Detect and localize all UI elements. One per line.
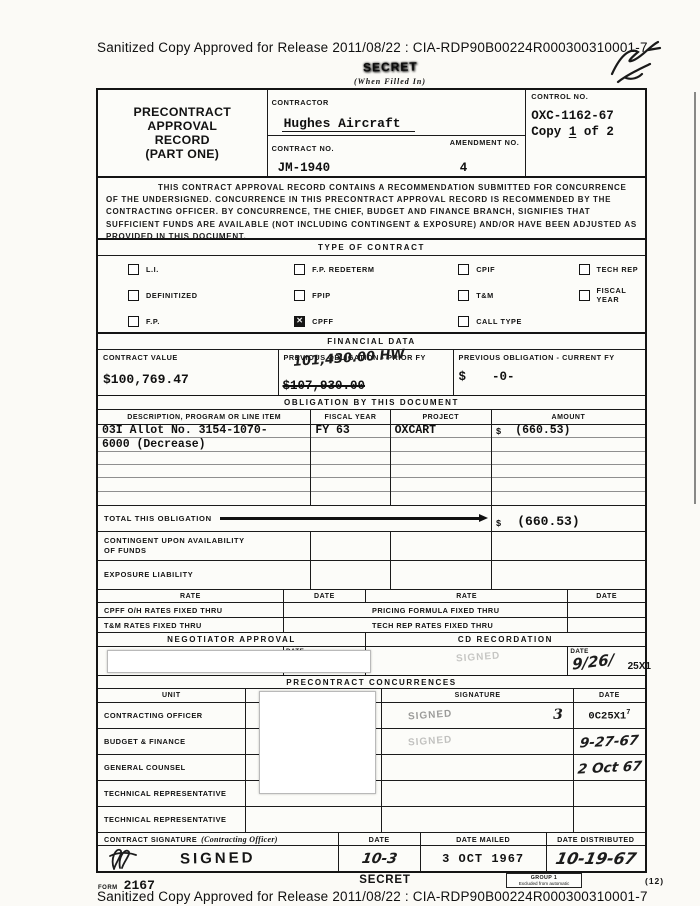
copy-line: Copy 1 of 2 bbox=[531, 125, 640, 139]
redaction-box bbox=[107, 650, 371, 673]
contract-no-label: CONTRACT NO. bbox=[272, 144, 335, 153]
unit-label: BUDGET & FINANCE bbox=[98, 729, 246, 754]
date-value: 9-27-67 bbox=[579, 732, 640, 751]
unit-label: TECHNICAL REPRESENTATIVE bbox=[98, 781, 246, 806]
amendment-no-label: AMENDMENT NO. bbox=[450, 138, 520, 147]
table-row: 6000 (Decrease) bbox=[98, 438, 310, 451]
checkbox-tm: T&M bbox=[426, 282, 546, 308]
rates-row-1: CPFF O/H RATES FIXED THRU PRICING FORMUL… bbox=[98, 603, 645, 618]
date-header: DATE bbox=[568, 590, 645, 602]
contracting-officer-label: (Contracting Officer) bbox=[201, 835, 278, 844]
classification-stamp: SECRET (When Filled In) bbox=[300, 58, 480, 86]
checkbox-empty-cell bbox=[547, 308, 645, 334]
control-no-label: CONTROL NO. bbox=[531, 92, 640, 101]
financial-data-title: FINANCIAL DATA bbox=[98, 334, 645, 350]
checkbox-icon bbox=[579, 290, 590, 301]
checkbox-icon bbox=[128, 316, 139, 327]
date-distributed-cell: DATE DISTRIBUTED 10-19-67 bbox=[547, 833, 645, 871]
signed-stamp: SIGNED bbox=[180, 849, 256, 867]
checkbox-cpif: CPIF bbox=[426, 256, 546, 282]
date-distributed-label: DATE DISTRIBUTED bbox=[547, 833, 645, 846]
unit-header: UNIT bbox=[98, 689, 246, 702]
checkbox-icon bbox=[128, 264, 139, 275]
date-mailed-cell: DATE MAILED 3 OCT 1967 bbox=[421, 833, 547, 871]
contractor-cell: CONTRACTOR Hughes Aircraft bbox=[268, 90, 526, 136]
checkbox-fpip: FPIP bbox=[262, 282, 426, 308]
dollar-sign: $ bbox=[496, 519, 501, 529]
table-row: OXCART bbox=[391, 425, 491, 438]
project-column: OXCART bbox=[391, 425, 492, 505]
approval-header-row: NEGOTIATOR APPROVAL CD RECORDATION bbox=[98, 633, 645, 647]
declassification-note-25x1: 25X1 bbox=[628, 661, 651, 672]
checkbox-icon bbox=[579, 264, 590, 275]
cd-date-handwritten: 9/26/ bbox=[572, 650, 614, 673]
table-row: 03I Allot No. 3154-1070- bbox=[98, 425, 310, 438]
checkbox-fp-redeterm: F.P. REDETERM bbox=[262, 256, 426, 282]
scanned-document-page: Sanitized Copy Approved for Release 2011… bbox=[0, 0, 700, 906]
date-mailed-value: 3 OCT 1967 bbox=[442, 852, 524, 866]
contract-signature-cell: CONTRACT SIGNATURE (Contracting Officer)… bbox=[98, 833, 339, 871]
tm-rates-label: T&M RATES FIXED THRU bbox=[98, 618, 284, 632]
handwritten-scribble-icon bbox=[598, 34, 670, 86]
signature-cell bbox=[382, 755, 573, 780]
rate-header: RATE bbox=[366, 590, 568, 602]
date-mailed-label: DATE MAILED bbox=[421, 833, 546, 846]
group-1-box: GROUP 1 Excluded from automatic bbox=[506, 873, 582, 888]
total-obligation-amount: (660.53) bbox=[517, 514, 579, 529]
obligation-table-body: 03I Allot No. 3154-1070- 6000 (Decrease)… bbox=[98, 425, 645, 506]
contract-signature-label: CONTRACT SIGNATURE bbox=[104, 835, 197, 844]
obligation-description-line1: 03I Allot No. 3154-1070- bbox=[102, 425, 268, 437]
contractor-value: Hughes Aircraft bbox=[282, 116, 415, 132]
contingent-label: CONTINGENT UPON AVAILABILITY OF FUNDS bbox=[98, 532, 310, 555]
approval-statement-row: THIS CONTRACT APPROVAL RECORD CONTAINS A… bbox=[98, 178, 645, 240]
description-column: 03I Allot No. 3154-1070- 6000 (Decrease) bbox=[98, 425, 311, 505]
fiscal-year-column: FY 63 bbox=[311, 425, 390, 505]
checkbox-icon bbox=[458, 290, 469, 301]
total-obligation-label: TOTAL THIS OBLIGATION bbox=[104, 514, 212, 523]
redaction-box bbox=[259, 691, 376, 794]
financial-data-row: CONTRACT VALUE $100,769.47 PREVIOUS OBLI… bbox=[98, 350, 645, 396]
checkbox-icon bbox=[128, 290, 139, 301]
when-filled-in-text: (When Filled In) bbox=[300, 77, 480, 86]
handwritten-prior-fy-correction: 101,430.00 HW bbox=[292, 347, 405, 370]
date-cell: 9-27-67 bbox=[574, 729, 645, 754]
sanitized-footer-line: Sanitized Copy Approved for Release 2011… bbox=[97, 889, 648, 904]
typed-name-cell bbox=[246, 807, 383, 832]
date-cell: 2 Oct 67 bbox=[574, 755, 645, 780]
date-cell bbox=[574, 807, 645, 832]
date-header: DATE bbox=[574, 689, 645, 702]
current-fy-value: $ -0- bbox=[459, 370, 640, 384]
type-of-contract-title: TYPE OF CONTRACT bbox=[98, 240, 645, 256]
date-distributed-value: 10-19-67 bbox=[554, 849, 638, 868]
copy-number: 1 bbox=[569, 125, 577, 139]
struck-through-prior-fy-value: $107,930.00 bbox=[283, 379, 366, 393]
checkbox-li: L.I. bbox=[98, 256, 262, 282]
checked-checkbox-icon: ✕ bbox=[294, 316, 305, 327]
sanitized-header-line: Sanitized Copy Approved for Release 2011… bbox=[97, 40, 648, 55]
precontract-approval-form: PRECONTRACT APPROVAL RECORD (PART ONE) C… bbox=[96, 88, 647, 873]
rate-header: RATE bbox=[98, 590, 284, 602]
amount-header: AMOUNT bbox=[492, 410, 645, 424]
unit-label: TECHNICAL REPRESENTATIVE bbox=[98, 807, 246, 832]
scan-artifact-line bbox=[694, 92, 696, 504]
contract-value: $100,769.47 bbox=[103, 372, 273, 387]
precontract-concurrences-title: PRECONTRACT CONCURRENCES bbox=[98, 676, 645, 689]
checkbox-icon bbox=[294, 264, 305, 275]
unit-label: GENERAL COUNSEL bbox=[98, 755, 246, 780]
obligation-fiscal-year: FY 63 bbox=[315, 425, 350, 437]
checkbox-fiscal-year: FISCAL YEAR bbox=[547, 282, 645, 308]
date-cell bbox=[574, 781, 645, 806]
signature-cell bbox=[382, 807, 573, 832]
signature-cell bbox=[382, 781, 573, 806]
contract-value-label: CONTRACT VALUE bbox=[103, 353, 273, 362]
stamped-numeral: 3 bbox=[553, 707, 563, 723]
cd-recordation-title: CD RECORDATION bbox=[366, 633, 645, 646]
contractor-label: CONTRACTOR bbox=[272, 98, 329, 107]
signature-squiggle-icon bbox=[106, 846, 140, 871]
checkbox-tech-rep: TECH REP bbox=[547, 256, 645, 282]
approval-statement-text: THIS CONTRACT APPROVAL RECORD CONTAINS A… bbox=[106, 182, 637, 243]
table-row: FY 63 bbox=[311, 425, 389, 438]
contract-no-cell: CONTRACT NO. AMENDMENT NO. JM-1940 4 bbox=[268, 136, 526, 176]
checkbox-icon bbox=[458, 316, 469, 327]
contingent-row: CONTINGENT UPON AVAILABILITY OF FUNDS bbox=[98, 532, 645, 561]
rates-row-2: T&M RATES FIXED THRU TECH REP RATES FIXE… bbox=[98, 618, 645, 633]
previous-obligation-current-fy-cell: PREVIOUS OBLIGATION - CURRENT FY $ -0- bbox=[454, 350, 645, 395]
signature-cell: SIGNED 3 bbox=[382, 703, 573, 728]
date-cell: DATE 10-3 bbox=[339, 833, 421, 871]
footer-secret-stamp: SECRET bbox=[340, 874, 430, 886]
checkbox-fp: F.P. bbox=[98, 308, 262, 334]
date-label: DATE bbox=[339, 833, 420, 846]
date-header: DATE bbox=[284, 590, 366, 602]
date-value: 0C25X17 bbox=[588, 709, 630, 723]
unit-label: CONTRACTING OFFICER bbox=[98, 703, 246, 728]
signed-stamp-faint: SIGNED bbox=[408, 708, 453, 722]
signature-header: SIGNATURE bbox=[382, 689, 573, 702]
form-header-row: PRECONTRACT APPROVAL RECORD (PART ONE) C… bbox=[98, 90, 645, 178]
checkbox-icon bbox=[294, 290, 305, 301]
concurrence-row-technical-rep-2: TECHNICAL REPRESENTATIVE bbox=[98, 807, 645, 833]
contractor-block: CONTRACTOR Hughes Aircraft CONTRACT NO. … bbox=[268, 90, 527, 176]
amount-column: $ (660.53) bbox=[492, 425, 645, 505]
checkbox-icon bbox=[458, 264, 469, 275]
control-no-value: OXC-1162-67 bbox=[531, 109, 640, 123]
obligation-amount: (660.53) bbox=[515, 425, 570, 437]
dollar-sign: $ bbox=[496, 427, 501, 437]
page-note: (12) bbox=[645, 876, 664, 886]
checkbox-call-type: CALL TYPE bbox=[426, 308, 546, 334]
contract-type-checkbox-grid: L.I. F.P. REDETERM CPIF TECH REP DEFINIT… bbox=[98, 256, 645, 334]
contract-no-value: JM-1940 bbox=[278, 161, 331, 175]
contract-value-cell: CONTRACT VALUE $100,769.47 bbox=[98, 350, 279, 395]
obligation-description-line2: 6000 (Decrease) bbox=[102, 439, 206, 451]
obligation-project: OXCART bbox=[395, 425, 436, 437]
obligation-table-header: DESCRIPTION, PROGRAM OR LINE ITEM FISCAL… bbox=[98, 410, 645, 425]
signed-stamp-faint: SIGNED bbox=[408, 734, 453, 748]
date-value: 2 Oct 67 bbox=[576, 758, 642, 777]
description-header: DESCRIPTION, PROGRAM OR LINE ITEM bbox=[98, 410, 311, 424]
secret-stamp-text: SECRET bbox=[363, 60, 418, 75]
previous-obligation-prior-fy-cell: PREVIOUS OBLIGATION - PRIOR FY 101,430.0… bbox=[279, 350, 454, 395]
amendment-no-value: 4 bbox=[460, 161, 468, 175]
total-arrow-icon bbox=[220, 517, 481, 519]
previous-obligation-current-fy-label: PREVIOUS OBLIGATION - CURRENT FY bbox=[459, 353, 640, 362]
obligation-title: OBLIGATION BY THIS DOCUMENT bbox=[98, 396, 645, 410]
form-title: PRECONTRACT APPROVAL RECORD (PART ONE) bbox=[98, 90, 268, 176]
contract-signature-row: CONTRACT SIGNATURE (Contracting Officer)… bbox=[98, 833, 645, 871]
exposure-row: EXPOSURE LIABILITY bbox=[98, 561, 645, 590]
project-header: PROJECT bbox=[391, 410, 492, 424]
date-cell: 0C25X17 bbox=[574, 703, 645, 728]
cd-signature-cell: SIGNED bbox=[366, 647, 568, 675]
signed-stamp-faint: SIGNED bbox=[456, 650, 501, 664]
cpff-oh-rates-label: CPFF O/H RATES FIXED THRU bbox=[98, 603, 284, 617]
rates-header-row: RATE DATE RATE DATE bbox=[98, 590, 645, 603]
date-value: 10-3 bbox=[360, 851, 398, 867]
negotiator-approval-title: NEGOTIATOR APPROVAL bbox=[98, 633, 366, 646]
cd-date-cell: DATE 9/26/ 25X1 bbox=[568, 647, 645, 675]
total-obligation-row: TOTAL THIS OBLIGATION $ (660.53) bbox=[98, 506, 645, 532]
tech-rep-rates-label: TECH REP RATES FIXED THRU bbox=[366, 618, 568, 632]
fiscal-year-header: FISCAL YEAR bbox=[311, 410, 390, 424]
control-no-cell: CONTROL NO. OXC-1162-67 Copy 1 of 2 bbox=[526, 90, 645, 176]
exposure-label: EXPOSURE LIABILITY bbox=[98, 561, 310, 580]
checkbox-cpff-checked: ✕CPFF bbox=[262, 308, 426, 334]
signature-cell: SIGNED bbox=[382, 729, 573, 754]
checkbox-definitized: DEFINITIZED bbox=[98, 282, 262, 308]
table-row: $ (660.53) bbox=[492, 425, 645, 438]
pricing-formula-label: PRICING FORMULA FIXED THRU bbox=[366, 603, 568, 617]
